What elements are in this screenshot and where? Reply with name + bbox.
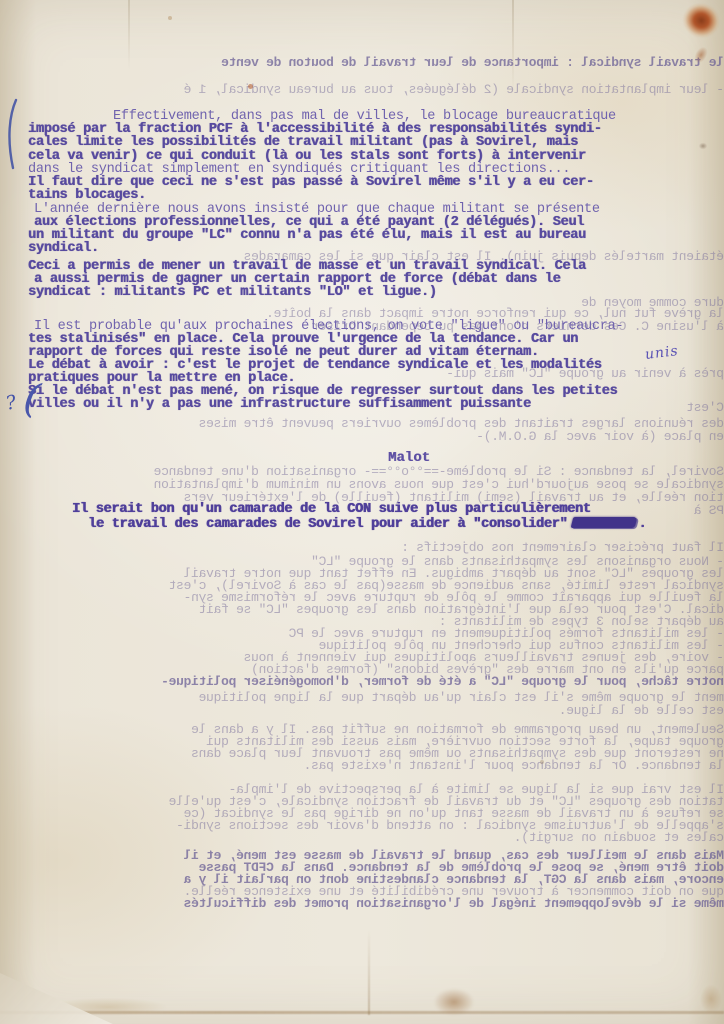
bleed-line-14: Il faut préciser clairement nos objectif… xyxy=(0,540,724,555)
rust-speck xyxy=(248,84,253,89)
margin-paren-glyph: ( xyxy=(21,375,43,423)
margin-question-annotation: ? ( xyxy=(2,378,54,434)
bleed-line-25: notre tâche, pour le groupe "LC" a été d… xyxy=(0,674,724,689)
crease-line xyxy=(512,0,514,92)
bleed-line-36: cales et soudain on surgit). xyxy=(0,830,724,845)
fold-stain xyxy=(698,982,724,1016)
signature-malot: Malot xyxy=(388,450,430,466)
bleed-line-41: même si le développement inégal de l'org… xyxy=(0,896,724,911)
handwritten-word-unis: unis xyxy=(644,343,679,363)
typed-line-21: Il serait bon qu'un camarade de la CON s… xyxy=(72,503,591,516)
fold-stain xyxy=(430,986,478,1018)
typed-line-20: villes ou il n'y a pas une infrastructur… xyxy=(28,398,531,411)
paper-speck xyxy=(540,760,544,764)
typed-line-6: tains blocages. xyxy=(28,189,146,202)
typed-line-10: syndical. xyxy=(28,242,99,255)
scanned-document-page: le travail syndical : importance de leur… xyxy=(0,0,724,1024)
corner-fold-bottom-left xyxy=(0,960,115,1024)
paper-speck xyxy=(168,16,172,20)
bleed-line-31: la tendance. Or la tendance pour l'insta… xyxy=(0,758,724,773)
bleed-line-9: en place (à voir avec la G.O.M.)- xyxy=(0,429,724,444)
fold-stain xyxy=(38,996,178,1018)
redacted-word xyxy=(571,517,638,528)
margin-ink-stroke xyxy=(5,98,21,170)
typed-line-13: syndicat : militants PC et militants "LO… xyxy=(28,286,437,299)
typed-line-22: le travail des camarades de Sovirel pour… xyxy=(88,517,646,531)
crease-line xyxy=(368,930,370,1015)
question-mark-glyph: ? xyxy=(4,391,19,415)
small-smudge-right xyxy=(698,142,708,150)
typed-line-2: cales limite les possibilités de travail… xyxy=(28,136,578,149)
fold-line-bottom xyxy=(0,1011,724,1014)
bleed-line-0: le travail syndical : importance de leur… xyxy=(0,55,724,70)
bleed-line-27: est celle de la ligue. xyxy=(0,703,724,718)
typed-line-9: un militant du groupe "LC" connu n'a pas… xyxy=(28,229,586,242)
bleed-line-1: - leur implantation syndicale (2 délégué… xyxy=(0,82,724,97)
rust-stain-top-right xyxy=(669,0,724,57)
